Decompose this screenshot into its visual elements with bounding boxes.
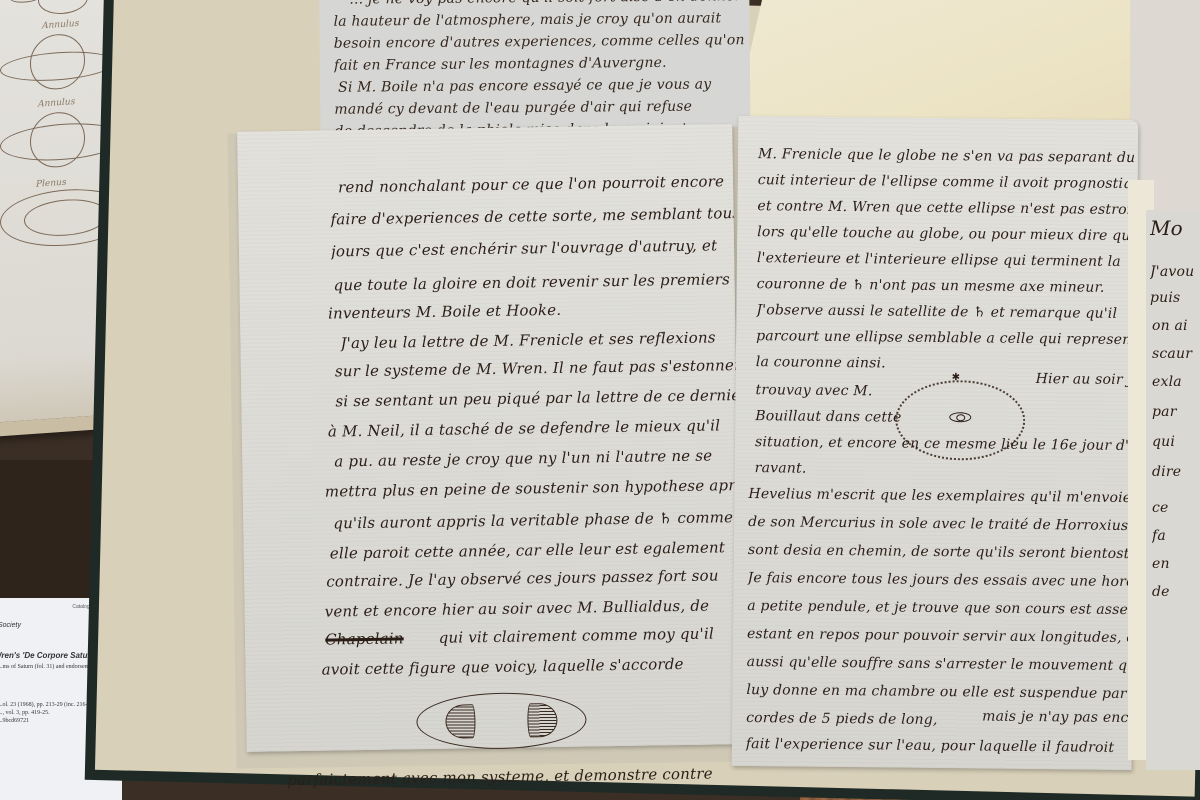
handwritten-line: J'avou [1150,264,1200,280]
handwritten-line: contraire. Je l'ay observé ces jours pas… [326,566,739,590]
handwritten-line: sont desia en chemin, de sorte qu'ils se… [748,542,1134,562]
handwritten-line: mandé cy devant de l'eau purgée d'air qu… [334,98,750,118]
handwritten-line: fait l'experience sur l'eau, pour laquel… [746,736,1132,756]
handwritten-line: rend nonchalant pour ce que l'on pourroi… [338,172,733,196]
handwritten-line: l'exterieure et l'interieure ellipse qui… [757,250,1137,270]
handwritten-line: elle paroit cette année, car elle leur e… [330,538,739,562]
handwritten-line: faire d'experiences de cette sorte, me s… [330,204,733,228]
handwritten-line: exla [1152,374,1200,390]
handwritten-line: J'observe aussi le satellite de ♄ et rem… [756,302,1136,322]
manuscript-page-right: M. Frenicle que le globe ne s'en va pas … [732,116,1139,770]
handwritten-line: luy donne en ma chambre ou elle est susp… [746,682,1132,702]
handwritten-line: Hevelius m'escrit que les exemplaires qu… [748,486,1134,506]
handwritten-line: on ai [1152,318,1200,334]
handwritten-line: parcourt une ellipse semblable a celle q… [756,328,1136,348]
mini-saturn-icon [949,412,971,422]
handwritten-line: qu'ils auront appris la veritable phase … [333,508,738,532]
struck-through-word: Chapelain qui vit clairement comme moy q… [325,624,740,649]
handwritten-line: que toute la gloire en doit revenir sur … [333,270,734,294]
handwritten-line: scaur [1152,346,1200,362]
handwritten-line: ravant. [755,460,1135,480]
handwritten-line: Mo [1150,216,1200,240]
handwritten-line: fait en France sur les montagnes d'Auver… [334,54,750,74]
satellite-star-mark: ✱ [952,372,961,383]
handwritten-line: vent et encore hier au soir avec M. Bull… [325,596,740,621]
handwritten-line: de son Mercurius in sole avec le traité … [748,514,1134,534]
handwritten-line: besoin encore d'autres experiences, comm… [334,32,750,52]
handwritten-line: mettra plus en peine de soustenir son hy… [325,476,738,500]
handwritten-line: puis [1150,290,1200,306]
manuscript-fragment-right: Mo J'avou puis on ai scaur exla par qui … [1146,210,1200,770]
handwritten-line: M. Frenicle que le globe ne s'en va pas … [758,146,1138,166]
handwritten-line: ce [1152,500,1200,516]
manuscript-page-left: rend nonchalant pour ce que l'on pourroi… [237,124,742,752]
handwritten-line: à M. Neil, il a tasché de se defendre le… [328,416,737,440]
handwritten-line: situation, et encore en ce mesme lieu le… [755,434,1135,454]
handwritten-line: en [1152,556,1200,572]
handwritten-line: Je fais encore tous les jours des essais… [747,570,1133,590]
handwritten-line: jours que c'est enchérir sur l'ouvrage d… [331,236,734,260]
handwritten-line: aussi qu'elle souffre sans s'arrester le… [747,654,1133,674]
handwritten-line: lors qu'elle touche au globe, ou pour mi… [757,224,1137,244]
handwritten-line: avoit cette figure que voicy, laquelle s… [321,654,740,679]
handwritten-line: la hauteur de l'atmosphere, mais je croy… [333,10,749,30]
handwritten-line: a petite pendule, et je trouve que son c… [747,598,1133,618]
handwritten-line: et contre M. Wren que cette ellipse n'es… [757,198,1137,218]
handwritten-line: sur le systeme de M. Wren. Il ne faut pa… [335,356,736,380]
handwritten-line: Si M. Boile n'a pas encore essayé ce que… [338,76,750,96]
handwritten-line: mais je n'ay pas encore [982,709,1132,727]
ring-ansa-left [445,704,476,738]
handwritten-line: fa [1152,528,1200,544]
handwritten-line: J'ay leu la lettre de M. Frenicle et ses… [340,328,735,352]
handwritten-line: dire [1152,464,1200,480]
handwritten-line: a pu. au reste je croy que ny l'un ni l'… [334,446,737,470]
handwritten-line: couronne de ♄ n'ont pas un mesme axe min… [757,276,1137,296]
handwritten-line: par [1152,404,1200,420]
handwritten-line: estant en repos pour pouvoir servir aux … [747,626,1133,646]
handwritten-line: cuit interieur de l'ellipse comme il avo… [758,172,1138,192]
handwritten-line: si se sentant un peu piqué par la lettre… [335,386,736,410]
handwritten-line: inventeurs M. Boile et Hooke. [328,298,735,322]
ring-ansa-right [527,703,558,737]
handwritten-line: qui [1152,434,1200,450]
handwritten-line: de [1152,584,1200,600]
handwritten-line: ... je ne voy pas encore qu'il soit fort… [349,0,749,8]
saturn-ring-figure [416,692,587,751]
